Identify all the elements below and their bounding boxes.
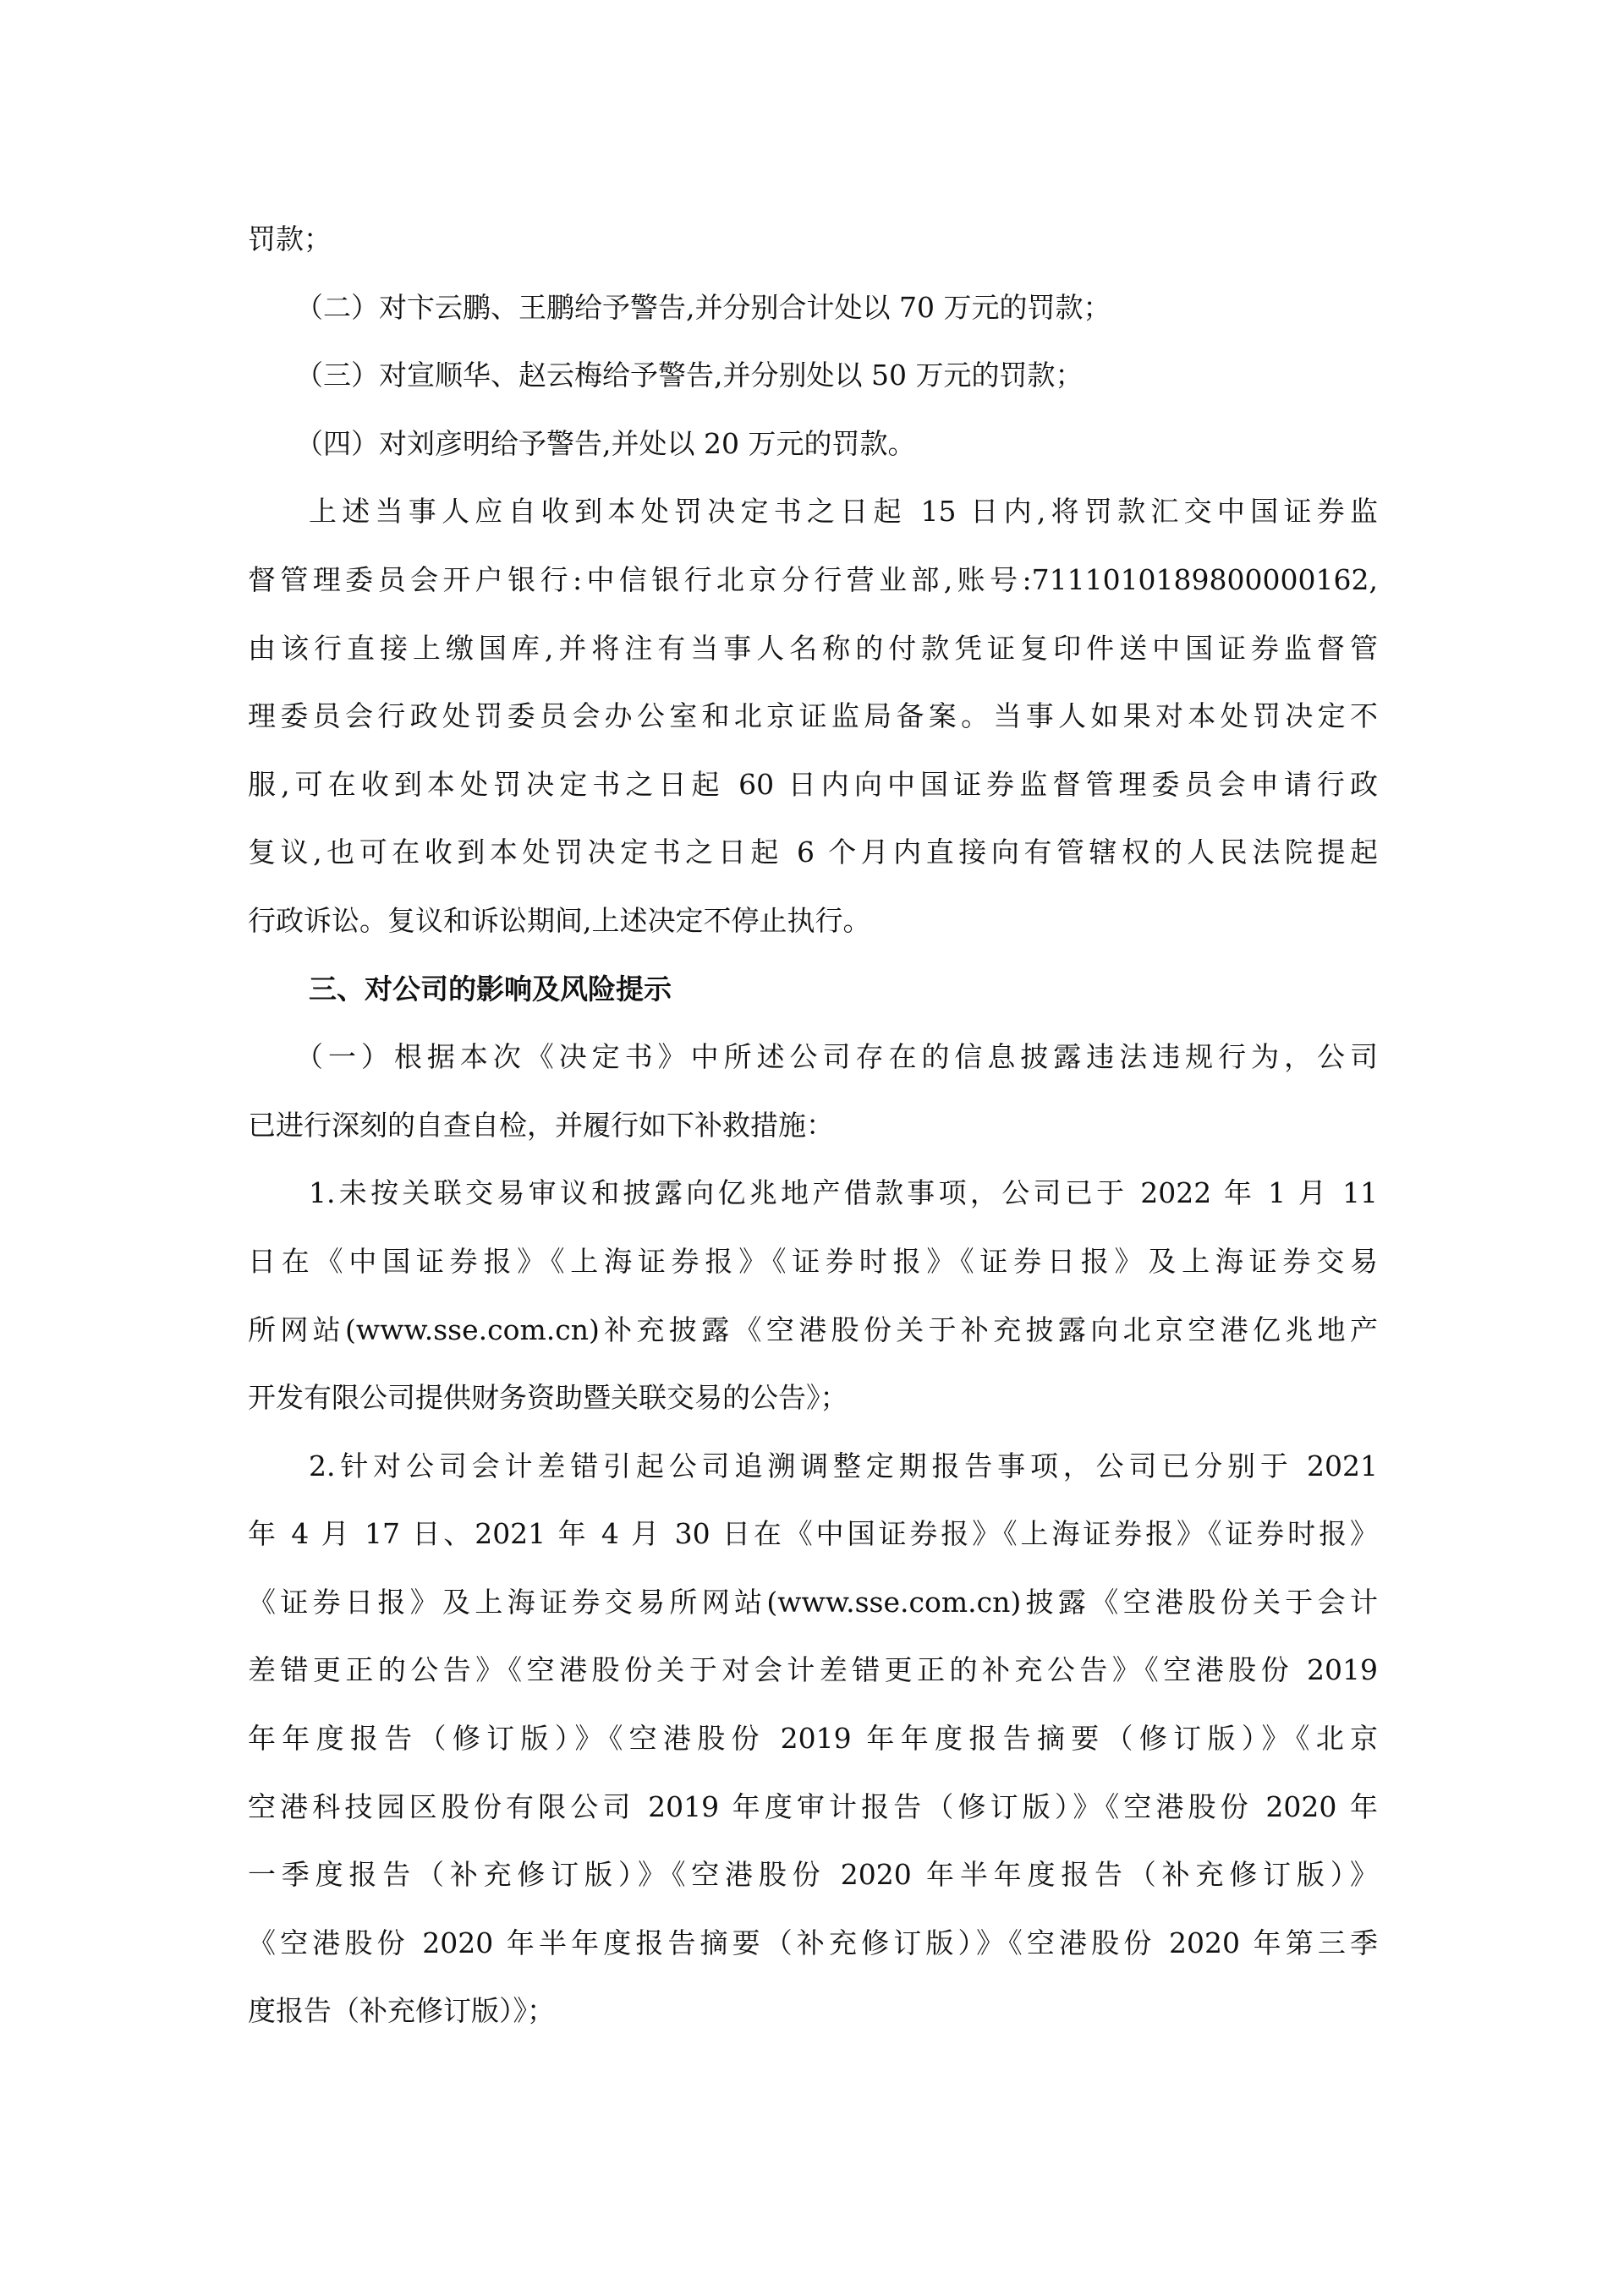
text-line: 度报告（补充修订版）》； (248, 1990, 1378, 2058)
paragraph-text: 年年度报告（修订版）》《空港股份 2019 年年度报告摘要（修订版）》《北京 (248, 1718, 1378, 1786)
text-line: 理委员会行政处罚委员会办公室和北京证监局备案。当事人如果对本处罚决定不 (248, 695, 1378, 764)
paragraph-text: 复议,也可在收到本处罚决定书之日起 6 个月内直接向有管辖权的人民法院提起 (248, 831, 1378, 900)
paragraph-text: （四）对刘彦明给予警告,并处以 20 万元的罚款。 (295, 423, 1378, 491)
text-line: 罚款； (248, 218, 1378, 287)
paragraph-text: 空港科技园区股份有限公司 2019 年度审计报告（修订版）》《空港股份 2020… (248, 1786, 1378, 1855)
paragraph-text: 所网站(www.sse.com.cn)补充披露《空港股份关于补充披露向北京空港亿… (248, 1309, 1378, 1378)
text-line: 所网站(www.sse.com.cn)补充披露《空港股份关于补充披露向北京空港亿… (248, 1309, 1378, 1378)
paragraph-text: 2.针对公司会计差错引起公司追溯调整定期报告事项，公司已分别于 2021 (309, 1445, 1378, 1514)
paragraph-text: 已进行深刻的自查自检，并履行如下补救措施： (248, 1104, 1378, 1173)
paragraph-text: （一）根据本次《决定书》中所述公司存在的信息披露违法违规行为，公司 (295, 1036, 1378, 1104)
document-page: 罚款；（二）对卞云鹏、王鹏给予警告,并分别合计处以 70 万元的罚款；（三）对宣… (248, 218, 1378, 2058)
text-line: 已进行深刻的自查自检，并履行如下补救措施： (248, 1104, 1378, 1173)
text-line: 日在《中国证券报》《上海证券报》《证券时报》《证券日报》及上海证券交易 (248, 1241, 1378, 1309)
paragraph-text: （二）对卞云鹏、王鹏给予警告,并分别合计处以 70 万元的罚款； (295, 287, 1378, 355)
paragraph-text: 《空港股份 2020 年半年度报告摘要（补充修订版）》《空港股份 2020 年第… (248, 1922, 1378, 1991)
paragraph-text: （三）对宣顺华、赵云梅给予警告,并分别处以 50 万元的罚款； (295, 354, 1378, 423)
paragraph-text: 《证券日报》及上海证券交易所网站(www.sse.com.cn)披露《空港股份关… (248, 1581, 1378, 1650)
section-heading-text: 三、对公司的影响及风险提示 (309, 968, 1378, 1037)
paragraph-text: 一季度报告（补充修订版）》《空港股份 2020 年半年度报告（补充修订版）》 (248, 1854, 1378, 1922)
paragraph-text: 度报告（补充修订版）》； (248, 1990, 1378, 2058)
text-line: 1.未按关联交易审议和披露向亿兆地产借款事项，公司已于 2022 年 1 月 1… (248, 1172, 1378, 1241)
paragraph-text: 服,可在收到本处罚决定书之日起 60 日内向中国证券监督管理委员会申请行政 (248, 764, 1378, 832)
text-line: 复议,也可在收到本处罚决定书之日起 6 个月内直接向有管辖权的人民法院提起 (248, 831, 1378, 900)
paragraph-text: 年 4 月 17 日、2021 年 4 月 30 日在《中国证券报》《上海证券报… (248, 1513, 1378, 1581)
paragraph-text: 由该行直接上缴国库,并将注有当事人名称的付款凭证复印件送中国证券监督管 (248, 627, 1378, 696)
text-line: （二）对卞云鹏、王鹏给予警告,并分别合计处以 70 万元的罚款； (248, 287, 1378, 355)
text-line: 服,可在收到本处罚决定书之日起 60 日内向中国证券监督管理委员会申请行政 (248, 764, 1378, 832)
paragraph-text: 理委员会行政处罚委员会办公室和北京证监局备案。当事人如果对本处罚决定不 (248, 695, 1378, 764)
paragraph-text: 差错更正的公告》《空港股份关于对会计差错更正的补充公告》《空港股份 2019 (248, 1649, 1378, 1718)
text-line: 开发有限公司提供财务资助暨关联交易的公告》； (248, 1377, 1378, 1445)
text-line: 由该行直接上缴国库,并将注有当事人名称的付款凭证复印件送中国证券监督管 (248, 627, 1378, 696)
text-line: 年年度报告（修订版）》《空港股份 2019 年年度报告摘要（修订版）》《北京 (248, 1718, 1378, 1786)
text-line: 2.针对公司会计差错引起公司追溯调整定期报告事项，公司已分别于 2021 (248, 1445, 1378, 1514)
section-heading: 三、对公司的影响及风险提示 (248, 968, 1378, 1037)
text-line: 年 4 月 17 日、2021 年 4 月 30 日在《中国证券报》《上海证券报… (248, 1513, 1378, 1581)
paragraph-text: 1.未按关联交易审议和披露向亿兆地产借款事项，公司已于 2022 年 1 月 1… (309, 1172, 1378, 1241)
paragraph-text: 罚款； (248, 218, 1378, 287)
text-line: 一季度报告（补充修订版）》《空港股份 2020 年半年度报告（补充修订版）》 (248, 1854, 1378, 1922)
text-line: 《证券日报》及上海证券交易所网站(www.sse.com.cn)披露《空港股份关… (248, 1581, 1378, 1650)
paragraph-text: 督管理委员会开户银行:中信银行北京分行营业部,账号:71110101898000… (248, 559, 1378, 627)
paragraph-text: 行政诉讼。复议和诉讼期间,上述决定不停止执行。 (248, 900, 1378, 968)
text-line: 督管理委员会开户银行:中信银行北京分行营业部,账号:71110101898000… (248, 559, 1378, 627)
text-line: （四）对刘彦明给予警告,并处以 20 万元的罚款。 (248, 423, 1378, 491)
text-line: 行政诉讼。复议和诉讼期间,上述决定不停止执行。 (248, 900, 1378, 968)
text-line: 空港科技园区股份有限公司 2019 年度审计报告（修订版）》《空港股份 2020… (248, 1786, 1378, 1855)
text-line: 上述当事人应自收到本处罚决定书之日起 15 日内,将罚款汇交中国证券监 (248, 490, 1378, 559)
text-line: 差错更正的公告》《空港股份关于对会计差错更正的补充公告》《空港股份 2019 (248, 1649, 1378, 1718)
paragraph-text: 日在《中国证券报》《上海证券报》《证券时报》《证券日报》及上海证券交易 (248, 1241, 1378, 1309)
text-line: （一）根据本次《决定书》中所述公司存在的信息披露违法违规行为，公司 (248, 1036, 1378, 1104)
paragraph-text: 开发有限公司提供财务资助暨关联交易的公告》； (248, 1377, 1378, 1445)
text-line: （三）对宣顺华、赵云梅给予警告,并分别处以 50 万元的罚款； (248, 354, 1378, 423)
paragraph-text: 上述当事人应自收到本处罚决定书之日起 15 日内,将罚款汇交中国证券监 (309, 490, 1378, 559)
text-line: 《空港股份 2020 年半年度报告摘要（补充修订版）》《空港股份 2020 年第… (248, 1922, 1378, 1991)
